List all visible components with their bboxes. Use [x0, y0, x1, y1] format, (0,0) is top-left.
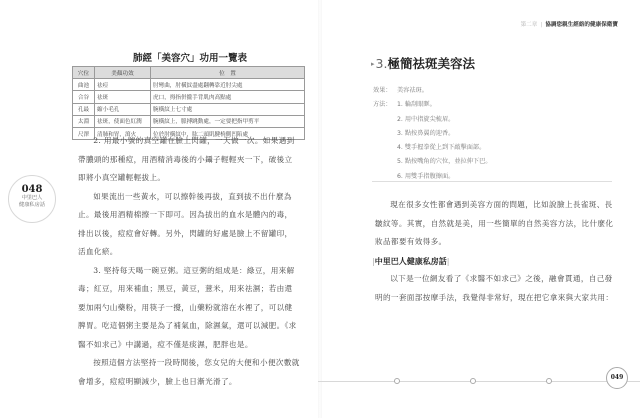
method-step: 5. 點按嘴角的穴位，並拉伸下巴。	[373, 155, 492, 169]
tip-heading-text: 中里巴人健康私房話	[375, 257, 447, 266]
tip-heading: |中里巴人健康私房話|	[372, 256, 449, 267]
paragraph: 現在很多女性都會遇到美容方面的問題，比如說臉上長雀斑、長皺紋等。其實，自然就是美…	[375, 196, 615, 252]
footer-rule	[318, 381, 640, 382]
table-header-row: 穴位 美顏功效 位 置	[73, 67, 305, 79]
badge-label: 健康私房話	[9, 202, 55, 209]
table-row: 合谷 祛斑 虎口，拇指併攏手背肌肉高點處	[73, 91, 305, 103]
paragraph: 以下是一位網友看了《求醫不如求己》之後，融會貫通，自己發明的一套面部按摩手法，我…	[375, 270, 615, 307]
table-row: 太淵 祛斑，使面色紅潤 腕橫紋上，脈搏跳動處，一定要把指甲剪平	[73, 115, 305, 127]
chapter-label: 第二章	[521, 22, 538, 28]
method-step: 4. 雙手握拳從上到下敲擊面部。	[373, 141, 492, 155]
table-row: 孔最 縮小毛孔 腕橫紋上七寸處	[73, 103, 305, 115]
timeline-dot-icon	[470, 378, 476, 384]
paragraph: 3. 堅持每天喝一碗豆粥。這豆粥的組成是：綠豆，用來解毒；紅豆，用來補血；黑豆，…	[78, 262, 300, 355]
section-divider	[372, 181, 612, 182]
column-header: 位 置	[151, 67, 305, 79]
table-cell: 太淵	[73, 115, 95, 127]
table-cell: 腕橫紋上七寸處	[151, 103, 305, 115]
column-header: 美顏功效	[95, 67, 151, 79]
method-row: 方法： 1. 輪刮眼眶。	[373, 98, 492, 112]
running-head: 第二章|協調您親生經絡的健康保衛寶	[521, 20, 618, 28]
table-row: 曲池 祛痘 肘彎曲，肘橫紋盡處翻轉靠近肘尖處	[73, 79, 305, 91]
method-step: 2. 用中指旋尖梳眉。	[373, 113, 492, 127]
table-title: 肺經「美容穴」功用一覽表	[70, 50, 310, 64]
table-cell: 祛痘	[95, 79, 151, 91]
section-number: 3.	[376, 56, 388, 71]
table-cell: 合谷	[73, 91, 95, 103]
table-cell: 肘彎曲，肘橫紋盡處翻轉靠近肘尖處	[151, 79, 305, 91]
book-gutter	[318, 0, 322, 418]
table-cell: 祛斑	[95, 91, 151, 103]
effect-row: 效果： 美容祛斑。	[373, 84, 492, 98]
effect-label: 效果：	[373, 84, 397, 98]
badge-label: 中里巴人	[9, 195, 55, 202]
acupoint-table: 穴位 美顏功效 位 置 曲池 祛痘 肘彎曲，肘橫紋盡處翻轉靠近肘尖處 合谷 祛斑…	[72, 66, 305, 140]
paragraph: 如果流出一些黃水，可以擦幹後再拔，直到拔不出什麼為止。最後用酒精棉擦一下即可。因…	[78, 188, 300, 262]
table-cell: 虎口，拇指併攏手背肌肉高點處	[151, 91, 305, 103]
page-number-badge-right: 049	[606, 367, 628, 389]
separator: |	[540, 22, 542, 28]
timeline-dot-icon	[546, 378, 552, 384]
table-cell: 腕橫紋上，脈搏跳動處，一定要把指甲剪平	[151, 115, 305, 127]
effect-value: 美容祛斑。	[397, 84, 428, 98]
section-title-text: 極簡祛斑美容法	[387, 56, 475, 71]
method-step: 3. 點按鼻翼的迎香。	[373, 127, 492, 141]
timeline-dot-icon	[394, 378, 400, 384]
paragraph: 2. 用最小號的真空罐在臉上閃罐，一天做一次。如果遇到帶膿頭的那種痘，用酒精消毒…	[78, 132, 300, 188]
chapter-title: 協調您親生經絡的健康保衛寶	[545, 22, 618, 28]
table-cell: 曲池	[73, 79, 95, 91]
right-body-text: 現在很多女性都會遇到美容方面的問題，比如說臉上長雀斑、長皺紋等。其實，自然就是美…	[375, 196, 615, 252]
column-header: 穴位	[73, 67, 95, 79]
triangle-marker-icon: ▸	[371, 59, 375, 68]
method-step: 1. 輪刮眼眶。	[397, 98, 436, 112]
table-cell: 縮小毛孔	[95, 103, 151, 115]
bracket-mark: |	[447, 257, 450, 266]
method-list: 效果： 美容祛斑。 方法： 1. 輪刮眼眶。 2. 用中指旋尖梳眉。 3. 點按…	[373, 84, 492, 184]
page-number-badge-left: 048 中里巴人 健康私房話	[8, 175, 56, 223]
section-title: ▸3.極簡祛斑美容法	[371, 54, 475, 72]
table-cell: 祛斑，使面色紅潤	[95, 115, 151, 127]
method-label: 方法：	[373, 98, 397, 112]
table-cell: 孔最	[73, 103, 95, 115]
page-number: 048	[9, 184, 55, 195]
paragraph: 按照這個方法堅持一段時間後，您女兒的大便和小便次數就會增多，痘痘明顯減少，臉上也…	[78, 354, 300, 391]
tip-body-text: 以下是一位網友看了《求醫不如求己》之後，融會貫通，自己發明的一套面部按摩手法，我…	[375, 270, 615, 307]
left-body-text: 2. 用最小號的真空罐在臉上閃罐，一天做一次。如果遇到帶膿頭的那種痘，用酒精消毒…	[78, 132, 300, 391]
